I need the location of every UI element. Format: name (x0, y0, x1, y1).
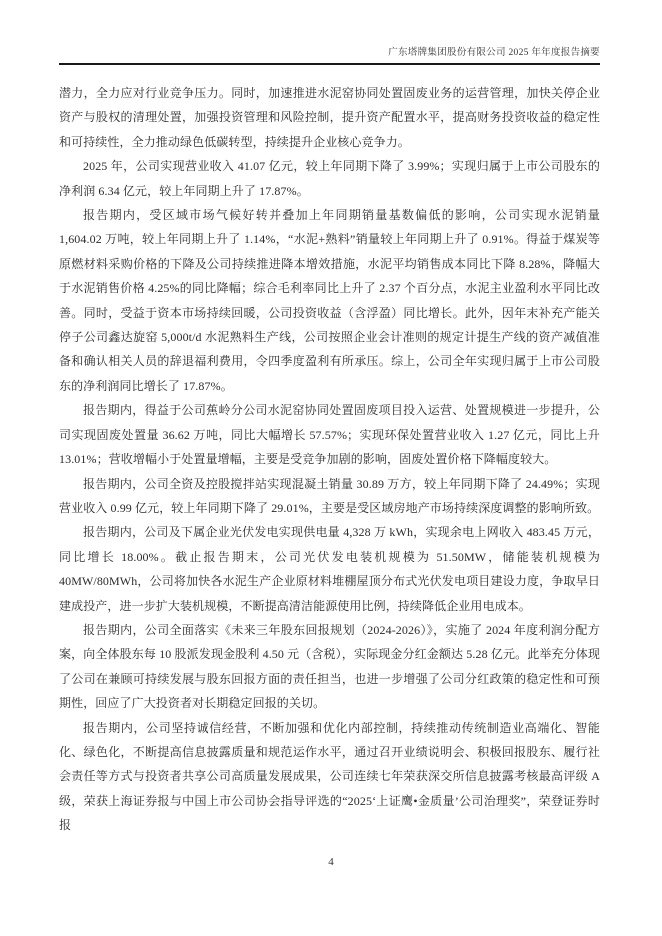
document-body: 潜力，全力应对行业竞争压力。同时，加速推进水泥窑协同处置固废业务的运营管理，加快… (59, 81, 600, 838)
paragraph-governance: 报告期内，公司坚持诚信经营，不断加强和优化内部控制，持续推动传统制造业高端化、智… (59, 716, 600, 838)
report-page: 广东塔牌集团股份有限公司 2025 年年度报告摘要 潜力，全力应对行业竞争压力。… (0, 0, 662, 936)
paragraph-waste-disposal: 报告期内，得益于公司蕉岭分公司水泥窑协同处置固废项目投入运营、处置规模进一步提升… (59, 398, 600, 471)
paragraph-revenue-summary: 2025 年，公司实现营业收入 41.07 亿元，较上年同期下降了 3.99%；… (59, 154, 600, 203)
header-rule (59, 63, 600, 65)
paragraph-dividend: 报告期内，公司全面落实《未来三年股东回报规划（2024-2026）》，实施了 2… (59, 618, 600, 716)
paragraph-cement-sales: 报告期内，受区域市场气候好转并叠加上年同期销量基数偏低的影响，公司实现水泥销量 … (59, 203, 600, 398)
paragraph-concrete-sales: 报告期内，公司全资及控股搅拌站实现混凝土销量 30.89 万方，较上年同期下降了… (59, 472, 600, 521)
paragraph-photovoltaic: 报告期内，公司及下属企业光伏发电实现供电量 4,328 万 kWh，实现余电上网… (59, 520, 600, 618)
paragraph-continuation: 潜力，全力应对行业竞争压力。同时，加速推进水泥窑协同处置固废业务的运营管理，加快… (59, 81, 600, 154)
page-number: 4 (0, 856, 662, 868)
report-header-title: 广东塔牌集团股份有限公司 2025 年年度报告摘要 (59, 44, 600, 58)
